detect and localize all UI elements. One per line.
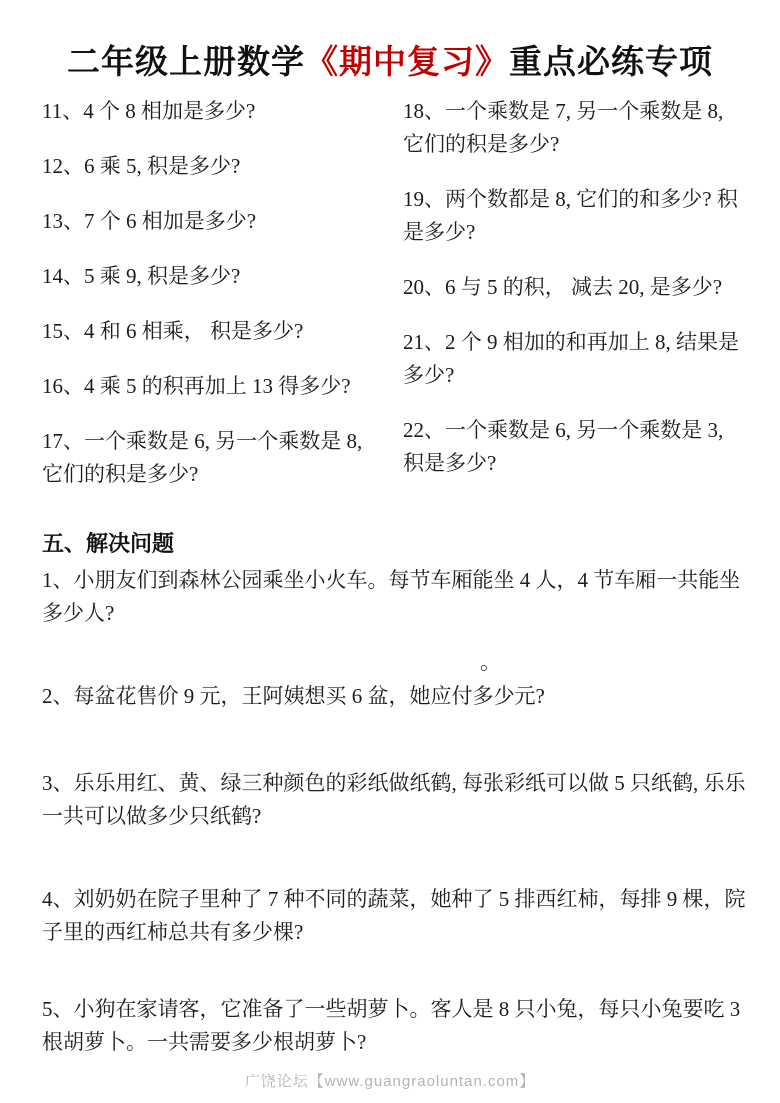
questions-left-column: 11、4 个 8 相加是多少? 12、6 乘 5, 积是多少? 13、7 个 6… [42,95,403,513]
solve-problem-3: 3、乐乐用红、黄、绿三种颜色的彩纸做纸鹤, 每张彩纸可以做 5 只纸鹤, 乐乐一… [42,767,746,833]
question-12: 12、6 乘 5, 积是多少? [42,150,385,183]
page-title-prefix: 二年级上册数学 [67,45,305,81]
question-16: 16、4 乘 5 的积再加上 13 得多少? [42,370,385,403]
questions-two-column-area: 11、4 个 8 相加是多少? 12、6 乘 5, 积是多少? 13、7 个 6… [42,95,746,513]
watermark-footer: 广饶论坛【www.guangraoluntan.com】 [0,1070,780,1091]
question-11: 11、4 个 8 相加是多少? [42,95,385,128]
solve-problem-1: 1、小朋友们到森林公园乘坐小火车。每节车厢能坐 4 人，4 节车厢一共能坐多少人… [42,564,746,630]
question-20: 20、6 与 5 的积， 减去 20, 是多少? [403,271,746,304]
questions-right-column: 18、一个乘数是 7, 另一个乘数是 8, 它们的积是多少? 19、两个数都是 … [403,95,746,513]
solve-problem-4: 4、刘奶奶在院子里种了 7 种不同的蔬菜，她种了 5 排西红柿，每排 9 棵，院… [42,883,746,949]
solve-problem-2: 2、每盆花售价 9 元，王阿姨想买 6 盆，她应付多少元? [42,680,746,713]
question-21: 21、2 个 9 相加的和再加上 8, 结果是多少? [403,326,746,392]
question-17: 17、一个乘数是 6, 另一个乘数是 8, 它们的积是多少? [42,425,385,491]
page-title-highlight: 《期中复习》 [305,45,509,81]
solve-problems-section: 五、解决问题 1、小朋友们到森林公园乘坐小火车。每节车厢能坐 4 人，4 节车厢… [42,527,746,1059]
question-14: 14、5 乘 9, 积是多少? [42,260,385,293]
stray-period-mark: 。 [42,650,746,674]
solve-problem-5: 5、小狗在家请客，它准备了一些胡萝卜。客人是 8 只小兔，每只小兔要吃 3 根胡… [42,993,746,1059]
question-22: 22、一个乘数是 6, 另一个乘数是 3, 积是多少? [403,414,746,480]
question-18: 18、一个乘数是 7, 另一个乘数是 8, 它们的积是多少? [403,95,746,161]
question-15: 15、4 和 6 相乘， 积是多少? [42,315,385,348]
question-13: 13、7 个 6 相加是多少? [42,205,385,238]
page-title-suffix: 重点必练专项 [509,45,713,81]
solve-section-heading: 五、解决问题 [42,527,746,558]
page-title: 二年级上册数学《期中复习》重点必练专项 [0,0,780,83]
worksheet-page: 二年级上册数学《期中复习》重点必练专项 11、4 个 8 相加是多少? 12、6… [0,0,780,1103]
question-19: 19、两个数都是 8, 它们的和多少? 积是多少? [403,183,746,249]
